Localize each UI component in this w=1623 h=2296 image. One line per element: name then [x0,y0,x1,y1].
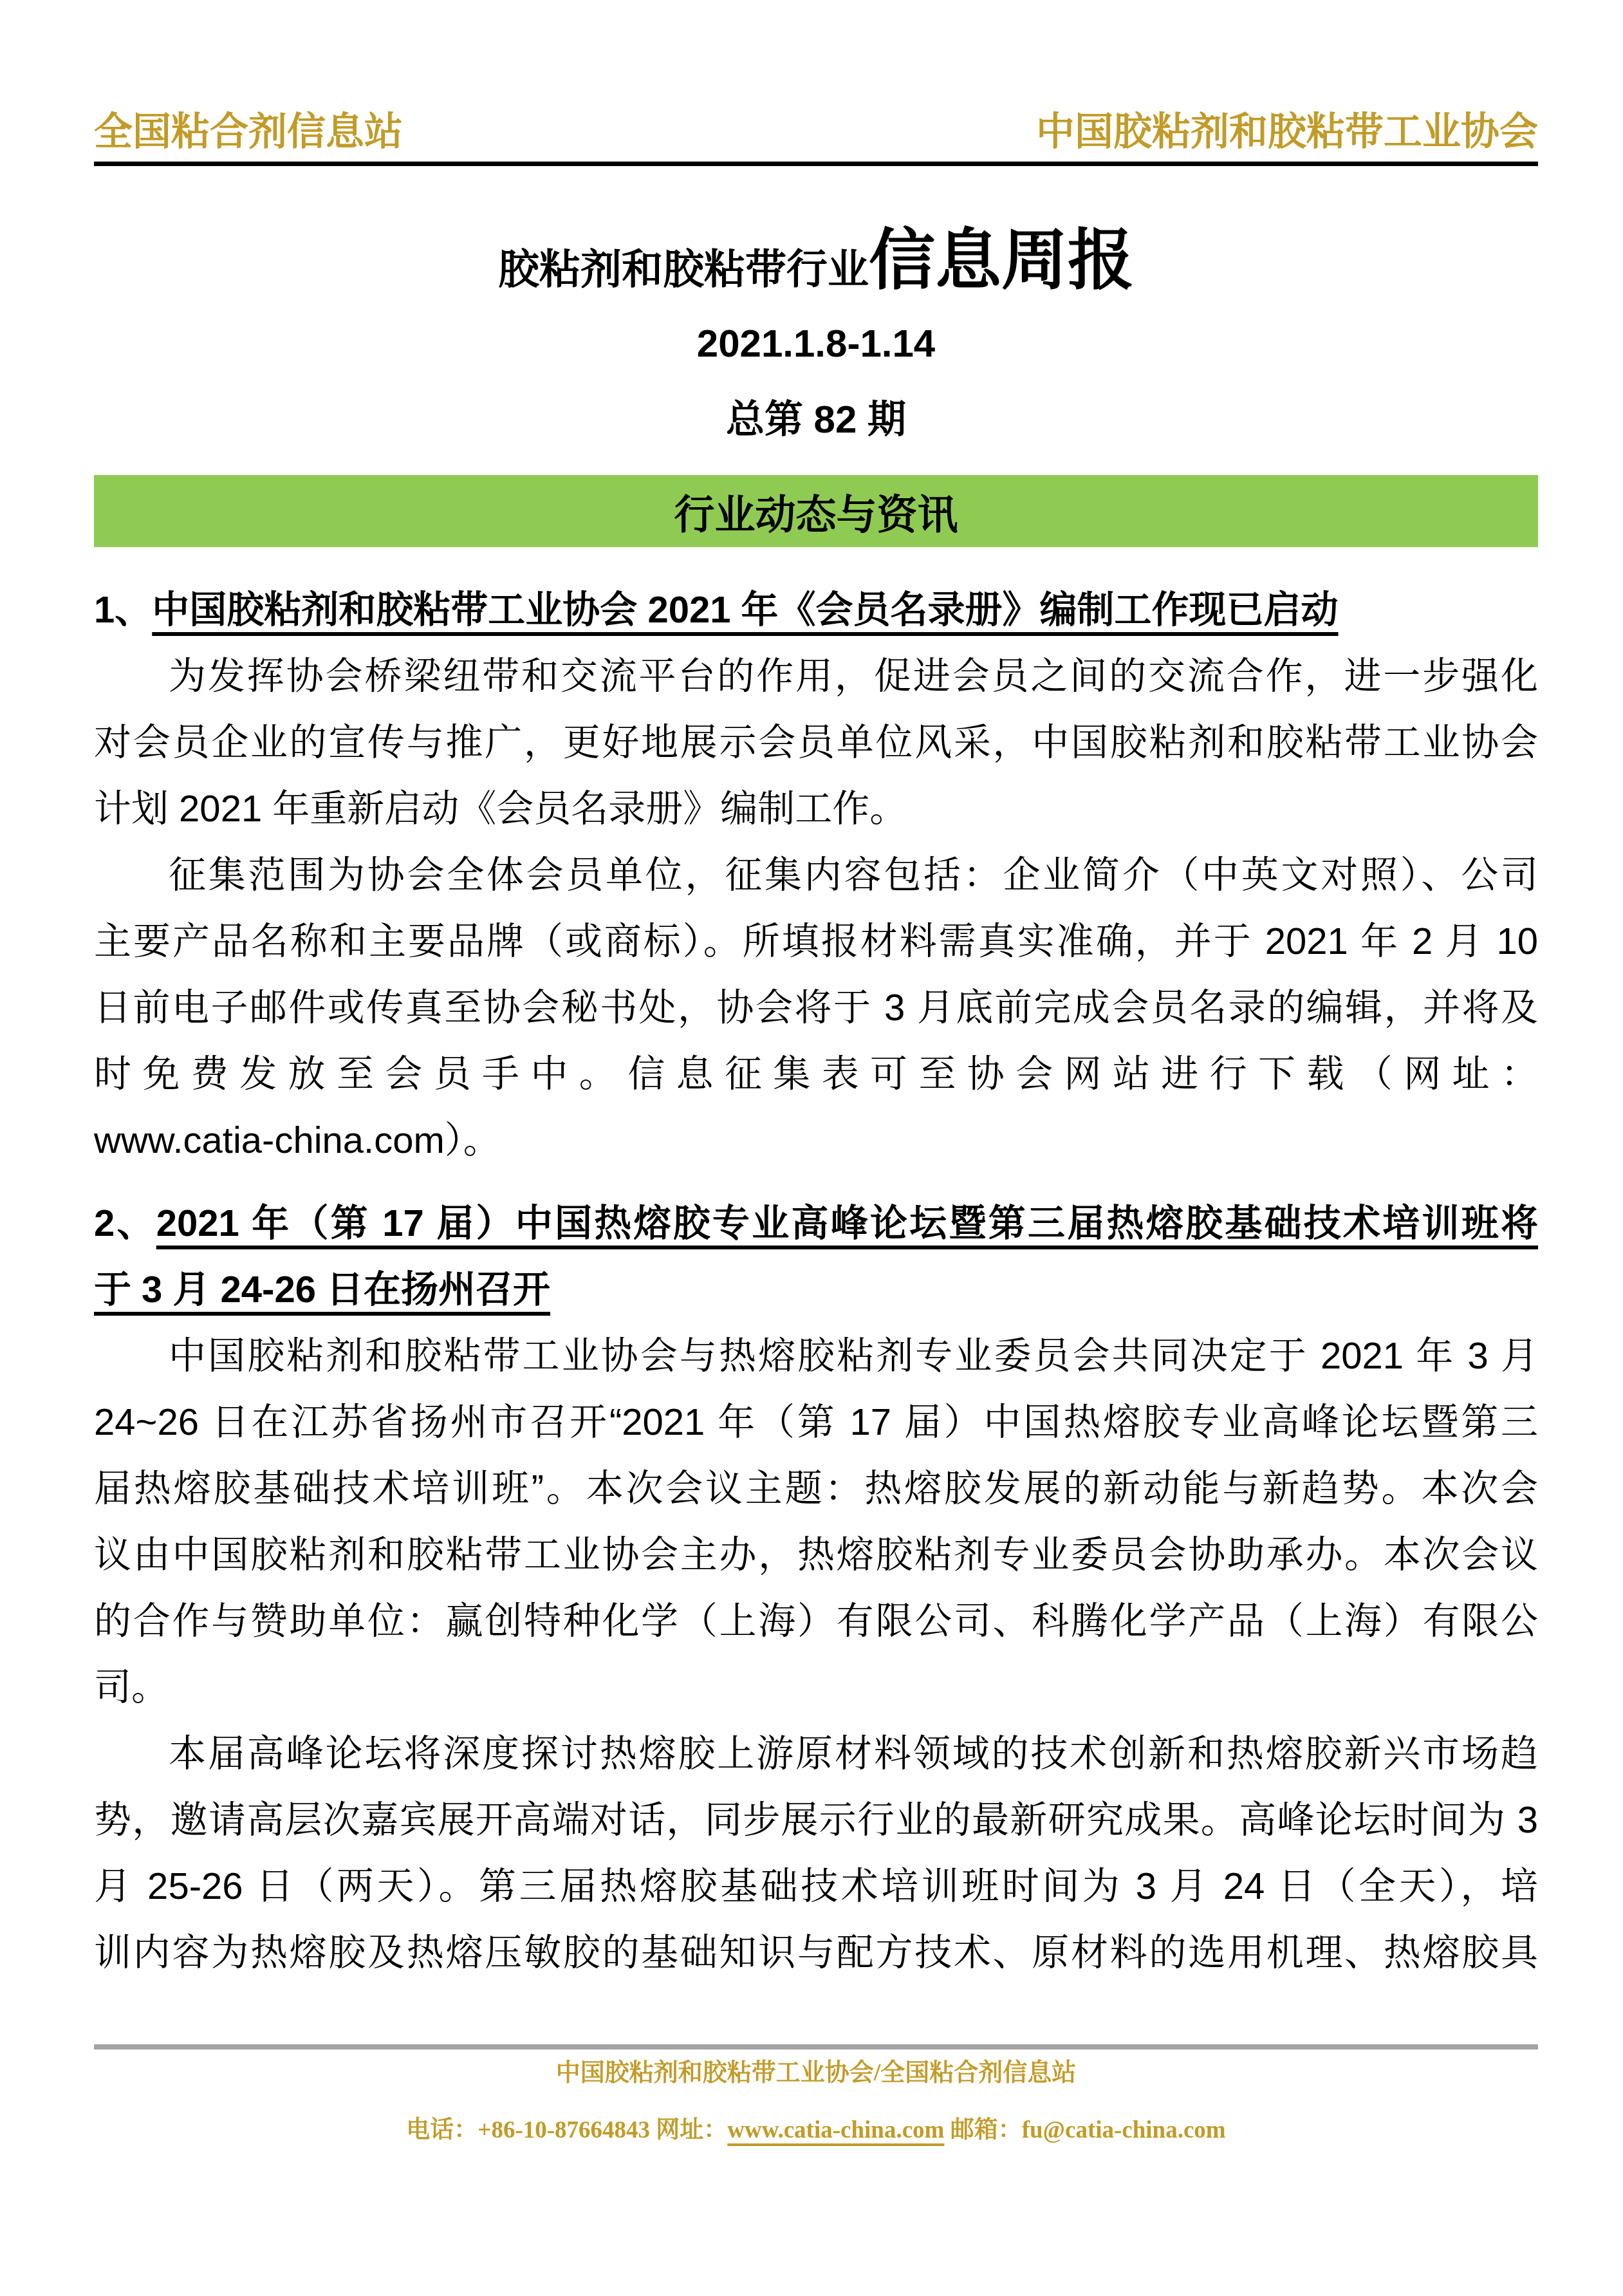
page-title: 胶粘剂和胶粘带行业信息周报 [94,207,1538,303]
body-line: www.catia-china.com）。 [94,1107,1538,1173]
paragraph: 为发挥协会桥梁纽带和交流平台的作用，促进会员之间的交流合作，进一步强化对会员企业… [94,643,1538,842]
footer-contact: 电话：+86-10-87664843 网址：www.catia-china.co… [94,2116,1538,2145]
body-line: 中国胶粘剂和胶粘带工业协会与热熔胶粘剂专业委员会共同决定于 2021 年 3 月 [94,1323,1538,1389]
page-title-main: 信息周报 [869,207,1134,303]
issue-number: 总第 82 期 [94,397,1538,443]
line-text: 计划 2021 年重新启动《会员名录册》编制工作。 [94,788,907,830]
footer-phone-site-label: 电话：+86-10-87664843 网址： [406,2117,727,2143]
footer-email: 邮箱：fu@catia-china.com [944,2117,1225,2143]
line-text: 中国胶粘剂和胶粘带工业协会与热熔胶粘剂专业委员会共同决定于 2021 年 3 月 [169,1335,1538,1377]
body-line: 征集范围为协会全体会员单位，征集内容包括：企业简介（中英文对照）、公司 [94,842,1538,908]
heading-number: 1、 [94,589,152,631]
body-line: 日前电子邮件或传真至协会秘书处，协会将于 3 月底前完成会员名录的编辑，并将及 [94,975,1538,1041]
body-line: 训内容为热熔胶及热熔压敏胶的基础知识与配方技术、原材料的选用机理、热熔胶具 [94,1919,1538,1986]
line-text: 届热熔胶基础技术培训班”。本次会议主题：热熔胶发展的新动能与新趋势。本次会 [94,1468,1538,1509]
body-line: 的合作与赞助单位：赢创特种化学（上海）有限公司、科腾化学产品（上海）有限公 [94,1588,1538,1654]
line-text: 训内容为热熔胶及热熔压敏胶的基础知识与配方技术、原材料的选用机理、热熔胶具 [94,1932,1538,1974]
body-line: 势，邀请高层次嘉宾展开高端对话，同步展示行业的最新研究成果。高峰论坛时间为 3 [94,1787,1538,1853]
section-heading: 1、中国胶粘剂和胶粘带工业协会 2021 年《会员名录册》编制工作现已启动 [94,577,1538,643]
section-banner-label: 行业动态与资讯 [674,482,958,541]
body-line: 24~26 日在江苏省扬州市召开“2021 年（第 17 届）中国热熔胶专业高峰… [94,1389,1538,1455]
line-text: 对会员企业的宣传与推广，更好地展示会员单位风采，中国胶粘剂和胶粘带工业协会 [94,722,1538,763]
footer-org: 中国胶粘剂和胶粘带工业协会/全国粘合剂信息站 [94,2058,1538,2088]
page-footer: 中国胶粘剂和胶粘带工业协会/全国粘合剂信息站 电话：+86-10-8766484… [94,2044,1538,2145]
line-text: 日前电子邮件或传真至协会秘书处，协会将于 3 月底前完成会员名录的编辑，并将及 [94,987,1538,1029]
newsletter-page: 全国粘合剂信息站 中国胶粘剂和胶粘带工业协会 胶粘剂和胶粘带行业信息周报 202… [0,0,1623,2296]
line-text: 时免费发放至会员手中。信息征集表可至协会网站进行下载（网址： [94,1053,1538,1095]
body-line: 计划 2021 年重新启动《会员名录册》编制工作。 [94,776,1538,842]
body-line: 司。 [94,1654,1538,1721]
line-text: 中国胶粘剂和胶粘带工业协会 2021 年《会员名录册》编制工作现已启动 [152,589,1338,631]
line-text: 为发挥协会桥梁纽带和交流平台的作用，促进会员之间的交流合作，进一步强化 [169,655,1538,697]
line-text: 24~26 日在江苏省扬州市召开“2021 年（第 17 届）中国热熔胶专业高峰… [94,1401,1538,1443]
header-left-org: 全国粘合剂信息站 [94,111,403,154]
header-right-org: 中国胶粘剂和胶粘带工业协会 [1036,111,1538,154]
line-text: 势，邀请高层次嘉宾展开高端对话，同步展示行业的最新研究成果。高峰论坛时间为 3 [94,1799,1538,1841]
line-text: 主要产品名称和主要品牌（或商标）。所填报材料需真实准确，并于 2021 年 2 … [94,920,1538,962]
body-line: 届热熔胶基础技术培训班”。本次会议主题：热熔胶发展的新动能与新趋势。本次会 [94,1455,1538,1522]
line-text: 的合作与赞助单位：赢创特种化学（上海）有限公司、科腾化学产品（上海）有限公 [94,1600,1538,1642]
body-line: 议由中国胶粘剂和胶粘带工业协会主办，热熔胶粘剂专业委员会协助承办。本次会议 [94,1522,1538,1588]
paragraph: 中国胶粘剂和胶粘带工业协会与热熔胶粘剂专业委员会共同决定于 2021 年 3 月… [94,1323,1538,1721]
body-line: 本届高峰论坛将深度探讨热熔胶上游原材料领域的技术创新和热熔胶新兴市场趋 [94,1721,1538,1787]
footer-rule [94,2044,1538,2049]
heading-line: 1、中国胶粘剂和胶粘带工业协会 2021 年《会员名录册》编制工作现已启动 [94,577,1538,643]
content-body: 1、中国胶粘剂和胶粘带工业协会 2021 年《会员名录册》编制工作现已启动为发挥… [94,577,1538,1986]
line-text: 月 25-26 日（两天）。第三届热熔胶基础技术培训班时间为 3 月 24 日（… [94,1865,1538,1907]
paragraph: 征集范围为协会全体会员单位，征集内容包括：企业简介（中英文对照）、公司主要产品名… [94,842,1538,1173]
date-range: 2021.1.8-1.14 [94,321,1538,367]
line-text: 本届高峰论坛将深度探讨热熔胶上游原材料领域的技术创新和热熔胶新兴市场趋 [169,1733,1538,1775]
line-text: 于 3 月 24-26 日在扬州召开 [94,1269,550,1311]
line-text: 征集范围为协会全体会员单位，征集内容包括：企业简介（中英文对照）、公司 [169,854,1538,896]
body-line: 月 25-26 日（两天）。第三届热熔胶基础技术培训班时间为 3 月 24 日（… [94,1853,1538,1919]
paragraph: 本届高峰论坛将深度探讨热熔胶上游原材料领域的技术创新和热熔胶新兴市场趋势，邀请高… [94,1721,1538,1986]
section-banner: 行业动态与资讯 [94,475,1538,547]
line-text: www.catia-china.com）。 [94,1119,501,1161]
line-text: 2021 年（第 17 届）中国热熔胶专业高峰论坛暨第三届热熔胶基础技术培训班将 [156,1202,1538,1244]
heading-line: 于 3 月 24-26 日在扬州召开 [94,1256,1538,1323]
body-line: 主要产品名称和主要品牌（或商标）。所填报材料需真实准确，并于 2021 年 2 … [94,908,1538,975]
heading-line: 2、2021 年（第 17 届）中国热熔胶专业高峰论坛暨第三届热熔胶基础技术培训… [94,1190,1538,1256]
body-line: 时免费发放至会员手中。信息征集表可至协会网站进行下载（网址： [94,1041,1538,1107]
header-rule [94,162,1538,166]
line-text: 议由中国胶粘剂和胶粘带工业协会主办，热熔胶粘剂专业委员会协助承办。本次会议 [94,1534,1538,1576]
page-header: 全国粘合剂信息站 中国胶粘剂和胶粘带工业协会 [94,0,1538,154]
body-line: 为发挥协会桥梁纽带和交流平台的作用，促进会员之间的交流合作，进一步强化 [94,643,1538,709]
heading-number: 2、 [94,1202,156,1244]
body-line: 对会员企业的宣传与推广，更好地展示会员单位风采，中国胶粘剂和胶粘带工业协会 [94,709,1538,776]
section-heading: 2、2021 年（第 17 届）中国热熔胶专业高峰论坛暨第三届热熔胶基础技术培训… [94,1190,1538,1323]
website-link[interactable]: www.catia-china.com [727,2117,944,2143]
line-text: 司。 [94,1666,169,1708]
page-title-prefix: 胶粘剂和胶粘带行业 [498,236,869,295]
